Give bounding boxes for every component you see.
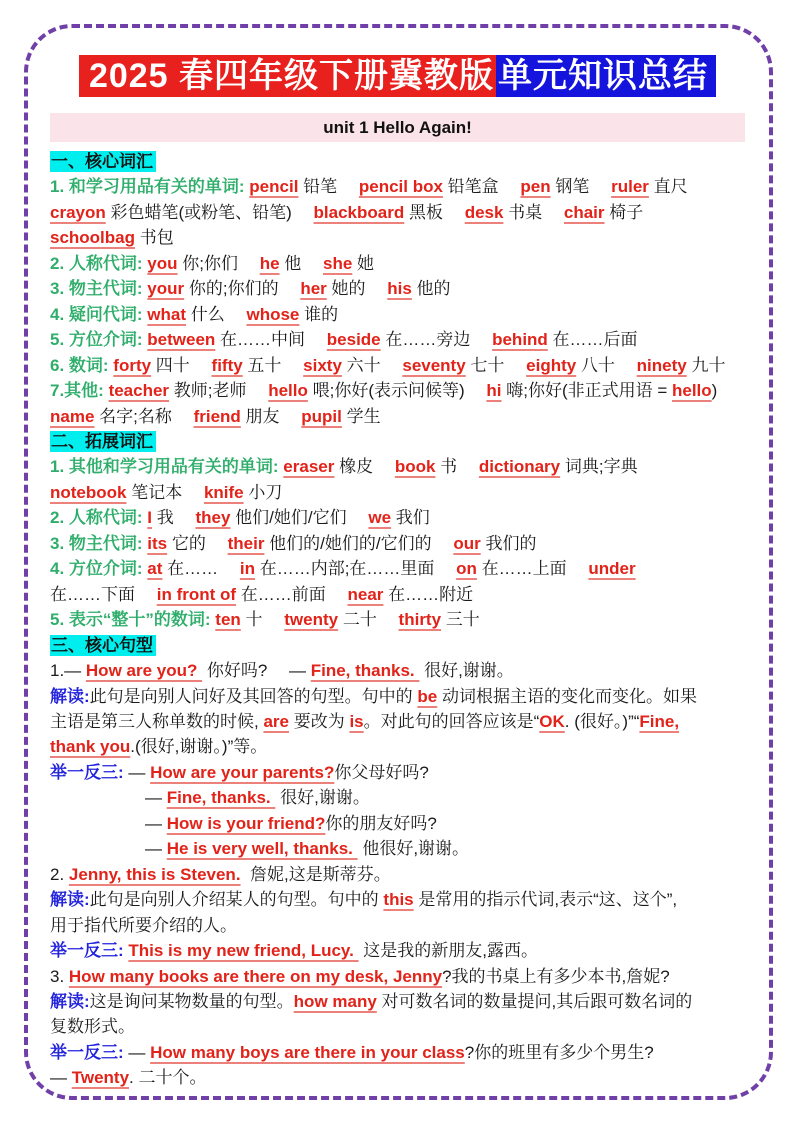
text-run: 他的 bbox=[412, 279, 451, 298]
text-run: 喂;你好(表示问候等) bbox=[308, 381, 487, 400]
text-run: between bbox=[147, 330, 215, 349]
text-run: their bbox=[228, 534, 265, 553]
text-run: 举一反三: bbox=[50, 1043, 128, 1062]
text-line: 5. 表示“整十”的数词: ten 十 twenty 二十 thirty 三十 bbox=[50, 607, 745, 632]
text-line: 复数形式。 bbox=[50, 1014, 745, 1039]
text-line: — Twenty. 二十个。 bbox=[50, 1065, 745, 1090]
text-run: ?你的班里有多少个男生? bbox=[465, 1043, 654, 1062]
text-line: 5. 方位介词: between 在……中间 beside 在……旁边 behi… bbox=[50, 327, 745, 352]
text-line: 一、核心词汇 bbox=[50, 149, 745, 174]
text-run: under bbox=[588, 559, 635, 578]
text-run: name bbox=[50, 407, 94, 426]
text-line: 1.— How are you? 你好吗? — Fine, thanks. 很好… bbox=[50, 658, 745, 683]
text-run: 八十 bbox=[576, 356, 636, 375]
text-run: 4. 疑问代词: bbox=[50, 305, 147, 324]
text-run: chair bbox=[564, 203, 605, 222]
text-run: teacher bbox=[109, 381, 169, 400]
text-run: 。对此句的回答应该是“ bbox=[364, 712, 540, 731]
text-run: blackboard bbox=[314, 203, 405, 222]
text-line: — How is your friend?你的朋友好吗? bbox=[50, 811, 745, 836]
text-run: he bbox=[260, 254, 280, 273]
text-run: 七十 bbox=[466, 356, 526, 375]
text-line: 解读:这是询问某物数量的句型。how many 对可数名词的数量提问,其后跟可数… bbox=[50, 989, 745, 1014]
text-line: 2. Jenny, this is Steven. 詹妮,这是斯蒂芬。 bbox=[50, 862, 745, 887]
text-run: Fine, thanks. bbox=[167, 788, 276, 807]
text-run: her bbox=[300, 279, 326, 298]
text-run: hello bbox=[268, 381, 308, 400]
text-line: 举一反三: — How many boys are there in your … bbox=[50, 1040, 745, 1065]
text-run: hi bbox=[486, 381, 501, 400]
text-run: 他们/她们/它们 bbox=[230, 508, 368, 527]
text-run: 解读: bbox=[50, 890, 90, 909]
title-red-segment: 2025 春四年级下册冀教版 bbox=[79, 55, 496, 97]
text-run: ten bbox=[215, 610, 241, 629]
text-run: 五十 bbox=[243, 356, 303, 375]
text-run: 要改为 bbox=[289, 712, 349, 731]
text-run: 词典;字典 bbox=[560, 457, 637, 476]
text-run: Fine, bbox=[639, 712, 679, 731]
text-run: friend bbox=[194, 407, 241, 426]
text-run: ruler bbox=[611, 177, 649, 196]
text-run: 铅笔 bbox=[298, 177, 358, 196]
text-run: 5. 表示“整十”的数词: bbox=[50, 610, 215, 629]
text-run: 在……前面 bbox=[236, 585, 347, 604]
text-run: forty bbox=[113, 356, 151, 375]
text-run: 3. bbox=[50, 967, 69, 986]
text-run: 在……下面 bbox=[50, 585, 157, 604]
text-run: 十 bbox=[241, 610, 284, 629]
text-run: crayon bbox=[50, 203, 106, 222]
text-line: 举一反三: — How are your parents?你父母好吗? bbox=[50, 760, 745, 785]
text-run: we bbox=[368, 508, 391, 527]
text-run: 橡皮 bbox=[334, 457, 394, 476]
text-run: 此句是向别人问好及其回答的句型。句中的 bbox=[90, 687, 418, 706]
unit-subtitle: unit 1 Hello Again! bbox=[50, 113, 745, 142]
text-run: 他很好,谢谢。 bbox=[358, 839, 469, 858]
text-run: How many books are there on my desk, Jen… bbox=[69, 967, 442, 986]
text-run: twenty bbox=[284, 610, 338, 629]
text-run: schoolbag bbox=[50, 228, 135, 247]
text-run: 很好,谢谢。 bbox=[275, 788, 369, 807]
text-run: fifty bbox=[212, 356, 243, 375]
page-title: 2025 春四年级下册冀教版单元知识总结 bbox=[50, 53, 745, 100]
text-line: 三、核心句型 bbox=[50, 633, 745, 658]
text-run: be bbox=[417, 687, 437, 706]
text-run: 动词根据主语的变化而变化。如果 bbox=[437, 687, 697, 706]
text-run: 对可数名词的数量提问,其后跟可数名词的 bbox=[377, 992, 692, 1011]
text-run: near bbox=[348, 585, 384, 604]
text-run: 你的朋友好吗? bbox=[325, 814, 436, 833]
text-run: 她 bbox=[352, 254, 374, 273]
text-run: 四十 bbox=[151, 356, 211, 375]
text-run: 书 bbox=[435, 457, 478, 476]
text-run: they bbox=[195, 508, 230, 527]
text-run: on bbox=[456, 559, 477, 578]
text-run: 书桌 bbox=[503, 203, 563, 222]
text-line: 7.其他: teacher 教师;老师 hello 喂;你好(表示问候等) hi… bbox=[50, 378, 745, 403]
text-run: He is very well, thanks. bbox=[167, 839, 358, 858]
text-run: 小刀 bbox=[244, 483, 283, 502]
text-run: 詹妮,这是斯蒂芬。 bbox=[241, 865, 391, 884]
text-run: 你的;你们的 bbox=[184, 279, 300, 298]
text-run: behind bbox=[492, 330, 548, 349]
text-line: 6. 数词: forty 四十 fifty 五十 sixty 六十 sevent… bbox=[50, 353, 745, 378]
text-run: This is my new friend, Lucy. bbox=[128, 941, 358, 960]
text-run: — bbox=[145, 814, 167, 833]
text-run: eraser bbox=[283, 457, 334, 476]
text-run: at bbox=[147, 559, 162, 578]
text-run: pen bbox=[520, 177, 550, 196]
text-run: 2. 人称代词: bbox=[50, 508, 147, 527]
text-run: in front of bbox=[157, 585, 236, 604]
text-line: 2. 人称代词: I 我 they 他们/她们/它们 we 我们 bbox=[50, 505, 745, 530]
text-run: eighty bbox=[526, 356, 576, 375]
text-run: 1. 其他和学习用品有关的单词: bbox=[50, 457, 283, 476]
text-run: 1. 和学习用品有关的单词: bbox=[50, 177, 249, 196]
title-blue-segment: 单元知识总结 bbox=[496, 55, 716, 97]
text-run: 解读: bbox=[50, 687, 90, 706]
text-line: 3. 物主代词: its 它的 their 他们的/她们的/它们的 our 我们… bbox=[50, 531, 745, 556]
text-run: pencil box bbox=[359, 177, 443, 196]
text-run: — bbox=[145, 788, 167, 807]
text-line: name 名字;名称 friend 朋友 pupil 学生 bbox=[50, 404, 745, 429]
text-run: 2. bbox=[50, 865, 69, 884]
text-run: 这是询问某物数量的句型。 bbox=[90, 992, 294, 1011]
text-run: is bbox=[349, 712, 363, 731]
text-run: . 二十个。 bbox=[129, 1068, 206, 1087]
text-run: seventy bbox=[402, 356, 465, 375]
text-line: 1. 其他和学习用品有关的单词: eraser 橡皮 book 书 dictio… bbox=[50, 454, 745, 479]
text-run: 3. 物主代词: bbox=[50, 279, 147, 298]
text-run: 在……附近 bbox=[383, 585, 473, 604]
text-line: 主语是第三人称单数的时候, are 要改为 is。对此句的回答应该是“OK. (… bbox=[50, 709, 745, 734]
document-body: 一、核心词汇1. 和学习用品有关的单词: pencil 铅笔 pencil bo… bbox=[50, 149, 745, 1091]
text-line: schoolbag 书包 bbox=[50, 225, 745, 250]
text-run: his bbox=[387, 279, 412, 298]
text-run: . (很好。)”“ bbox=[565, 712, 640, 731]
text-line: 用于指代所要介绍的人。 bbox=[50, 913, 745, 938]
text-run: 谁的 bbox=[299, 305, 338, 324]
text-run: 直尺 bbox=[649, 177, 688, 196]
text-run: 它的 bbox=[167, 534, 227, 553]
text-run: pencil bbox=[249, 177, 298, 196]
text-run: whose bbox=[246, 305, 299, 324]
text-run: its bbox=[147, 534, 167, 553]
section-header: 二、拓展词汇 bbox=[50, 431, 156, 452]
section-header: 一、核心词汇 bbox=[50, 151, 156, 172]
text-run: 六十 bbox=[342, 356, 402, 375]
text-line: 3. 物主代词: your 你的;你们的 her 她的 his 他的 bbox=[50, 276, 745, 301]
text-run: notebook bbox=[50, 483, 127, 502]
text-run: our bbox=[453, 534, 480, 553]
text-run: 你父母好吗? bbox=[334, 763, 428, 782]
text-run: in bbox=[240, 559, 255, 578]
worksheet-content: 2025 春四年级下册冀教版单元知识总结 unit 1 Hello Again!… bbox=[0, 0, 793, 1091]
text-run: 三十 bbox=[441, 610, 480, 629]
text-run: 5. 方位介词: bbox=[50, 330, 147, 349]
text-run: How are you? bbox=[86, 661, 202, 680]
text-run: 你;你们 bbox=[178, 254, 260, 273]
text-run: 在……旁边 bbox=[381, 330, 492, 349]
text-run: ) bbox=[712, 381, 718, 400]
text-run: what bbox=[147, 305, 186, 324]
text-run: 黑板 bbox=[404, 203, 464, 222]
text-run: 你好吗? — bbox=[202, 661, 311, 680]
text-run: — bbox=[50, 1068, 72, 1087]
text-line: 二、拓展词汇 bbox=[50, 429, 745, 454]
text-run: thirty bbox=[399, 610, 442, 629]
text-run: 这是我的新朋友,露西。 bbox=[359, 941, 538, 960]
text-run: 解读: bbox=[50, 992, 90, 1011]
text-run: thank you bbox=[50, 737, 130, 756]
text-run: 我们的 bbox=[481, 534, 537, 553]
text-run: 笔记本 bbox=[127, 483, 204, 502]
text-line: 2. 人称代词: you 你;你们 he 他 she 她 bbox=[50, 251, 745, 276]
text-run: your bbox=[147, 279, 184, 298]
text-run: 举一反三: bbox=[50, 763, 128, 782]
text-run: 椅子 bbox=[605, 203, 644, 222]
text-line: 在……下面 in front of 在……前面 near 在……附近 bbox=[50, 582, 745, 607]
text-run: she bbox=[323, 254, 352, 273]
text-run: Jenny, this is Steven. bbox=[69, 865, 241, 884]
text-run: 4. 方位介词: bbox=[50, 559, 147, 578]
text-run: 彩色蜡笔(或粉笔、铅笔) bbox=[106, 203, 314, 222]
text-run: 7.其他: bbox=[50, 381, 109, 400]
text-run: knife bbox=[204, 483, 244, 502]
text-run: 嗨;你好(非正式用语 = bbox=[502, 381, 672, 400]
text-run: Fine, thanks. bbox=[311, 661, 420, 680]
text-run: dictionary bbox=[479, 457, 560, 476]
text-line: 解读:此句是向别人问好及其回答的句型。句中的 be 动词根据主语的变化而变化。如… bbox=[50, 684, 745, 709]
text-run: 在…… bbox=[162, 559, 239, 578]
text-run: How are your parents? bbox=[150, 763, 334, 782]
text-run: How many boys are there in your class bbox=[150, 1043, 465, 1062]
text-line: — Fine, thanks. 很好,谢谢。 bbox=[50, 785, 745, 810]
text-run: 在……后面 bbox=[548, 330, 638, 349]
text-run: 钢笔 bbox=[551, 177, 611, 196]
text-run: 3. 物主代词: bbox=[50, 534, 147, 553]
text-run: 是常用的指示代词,表示“这、这个”, bbox=[414, 890, 678, 909]
text-run: 他 bbox=[280, 254, 323, 273]
text-run: 在……内部;在……里面 bbox=[255, 559, 456, 578]
text-run: 教师;老师 bbox=[169, 381, 268, 400]
text-run: 很好,谢谢。 bbox=[419, 661, 513, 680]
text-run: 在……中间 bbox=[215, 330, 326, 349]
text-line: crayon 彩色蜡笔(或粉笔、铅笔) blackboard 黑板 desk 书… bbox=[50, 200, 745, 225]
text-run: hello bbox=[672, 381, 712, 400]
text-run: desk bbox=[465, 203, 504, 222]
text-run: Twenty bbox=[72, 1068, 129, 1087]
text-run: 他们的/她们的/它们的 bbox=[264, 534, 453, 553]
text-line: 1. 和学习用品有关的单词: pencil 铅笔 pencil box 铅笔盒 … bbox=[50, 174, 745, 199]
text-run: OK bbox=[539, 712, 565, 731]
text-run: 书包 bbox=[135, 228, 174, 247]
text-run: 什么 bbox=[186, 305, 246, 324]
text-run: 主语是第三人称单数的时候, bbox=[50, 712, 263, 731]
text-line: — He is very well, thanks. 他很好,谢谢。 bbox=[50, 836, 745, 861]
text-run: pupil bbox=[301, 407, 342, 426]
text-run: 此句是向别人介绍某人的句型。句中的 bbox=[90, 890, 384, 909]
text-run: — bbox=[128, 763, 150, 782]
text-run: 复数形式。 bbox=[50, 1017, 135, 1036]
text-run: .(很好,谢谢。)”等。 bbox=[130, 737, 267, 756]
text-line: 举一反三: This is my new friend, Lucy. 这是我的新… bbox=[50, 938, 745, 963]
text-line: 4. 疑问代词: what 什么 whose 谁的 bbox=[50, 302, 745, 327]
text-run: 九十 bbox=[687, 356, 726, 375]
section-header: 三、核心句型 bbox=[50, 635, 156, 656]
text-run: are bbox=[263, 712, 289, 731]
text-run: book bbox=[395, 457, 436, 476]
text-run: 朋友 bbox=[241, 407, 301, 426]
text-line: 4. 方位介词: at 在…… in 在……内部;在……里面 on 在……上面 … bbox=[50, 556, 745, 581]
text-run: how many bbox=[294, 992, 377, 1011]
text-run: 1.— bbox=[50, 661, 86, 680]
text-run: — bbox=[145, 839, 167, 858]
text-run: you bbox=[147, 254, 177, 273]
text-run: beside bbox=[327, 330, 381, 349]
text-run: this bbox=[383, 890, 413, 909]
text-run: 铅笔盒 bbox=[443, 177, 520, 196]
text-run: 她的 bbox=[327, 279, 387, 298]
text-run: 名字;名称 bbox=[94, 407, 193, 426]
text-run: 用于指代所要介绍的人。 bbox=[50, 916, 237, 935]
text-run: 在……上面 bbox=[477, 559, 588, 578]
text-run: 我们 bbox=[391, 508, 430, 527]
text-run: 我 bbox=[152, 508, 195, 527]
text-run: 举一反三: bbox=[50, 941, 128, 960]
text-run: 6. 数词: bbox=[50, 356, 113, 375]
text-line: notebook 笔记本 knife 小刀 bbox=[50, 480, 745, 505]
text-line: thank you.(很好,谢谢。)”等。 bbox=[50, 734, 745, 759]
text-run: ?我的书桌上有多少本书,詹妮? bbox=[442, 967, 670, 986]
text-run: ninety bbox=[637, 356, 687, 375]
text-line: 3. How many books are there on my desk, … bbox=[50, 964, 745, 989]
text-run: 2. 人称代词: bbox=[50, 254, 147, 273]
text-run: 学生 bbox=[342, 407, 381, 426]
text-run: 二十 bbox=[338, 610, 398, 629]
text-run: How is your friend? bbox=[167, 814, 326, 833]
text-run: — bbox=[128, 1043, 150, 1062]
text-run: sixty bbox=[303, 356, 342, 375]
text-line: 解读:此句是向别人介绍某人的句型。句中的 this 是常用的指示代词,表示“这、… bbox=[50, 887, 745, 912]
